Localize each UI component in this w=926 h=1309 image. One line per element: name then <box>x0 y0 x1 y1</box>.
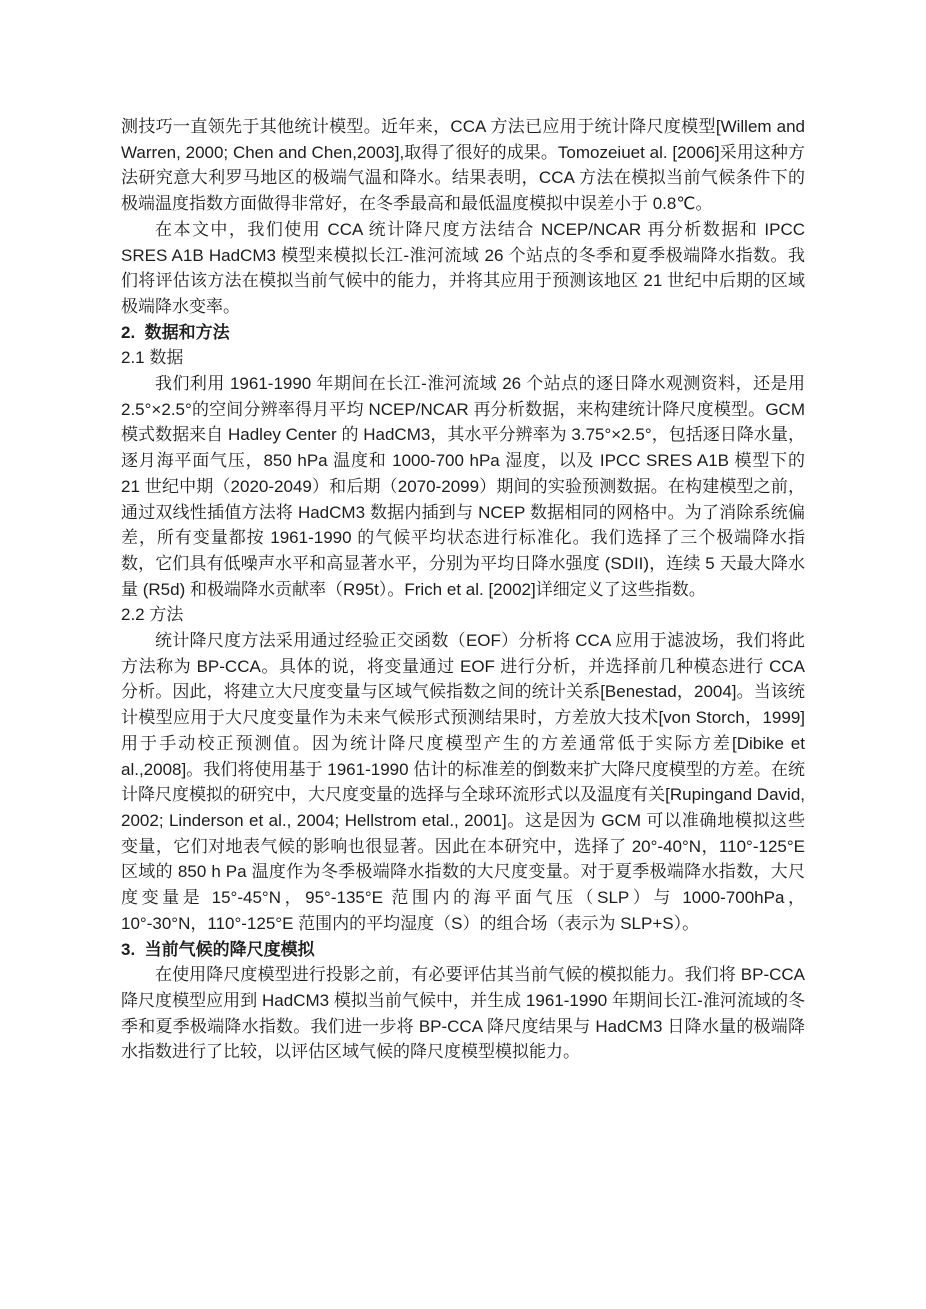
paragraph: 我们利用 1961-1990 年期间在长江-淮河流域 26 个站点的逐日降水观测… <box>121 371 805 602</box>
section-heading: 3. 当前气候的降尺度模拟 <box>121 937 805 963</box>
document-content: 测技巧一直领先于其他统计模型。近年来，CCA 方法已应用于统计降尺度模型[Wil… <box>121 114 805 1065</box>
subsection-heading: 2.2 方法 <box>121 602 805 628</box>
paragraph: 在使用降尺度模型进行投影之前，有必要评估其当前气候的模拟能力。我们将 BP-CC… <box>121 962 805 1065</box>
subsection-heading: 2.1 数据 <box>121 345 805 371</box>
document-page: 测技巧一直领先于其他统计模型。近年来，CCA 方法已应用于统计降尺度模型[Wil… <box>0 0 926 1309</box>
paragraph: 测技巧一直领先于其他统计模型。近年来，CCA 方法已应用于统计降尺度模型[Wil… <box>121 114 805 217</box>
section-heading: 2. 数据和方法 <box>121 320 805 346</box>
paragraph: 统计降尺度方法采用通过经验正交函数（EOF）分析将 CCA 应用于滤波场，我们将… <box>121 628 805 936</box>
paragraph: 在本文中，我们使用 CCA 统计降尺度方法结合 NCEP/NCAR 再分析数据和… <box>121 217 805 320</box>
